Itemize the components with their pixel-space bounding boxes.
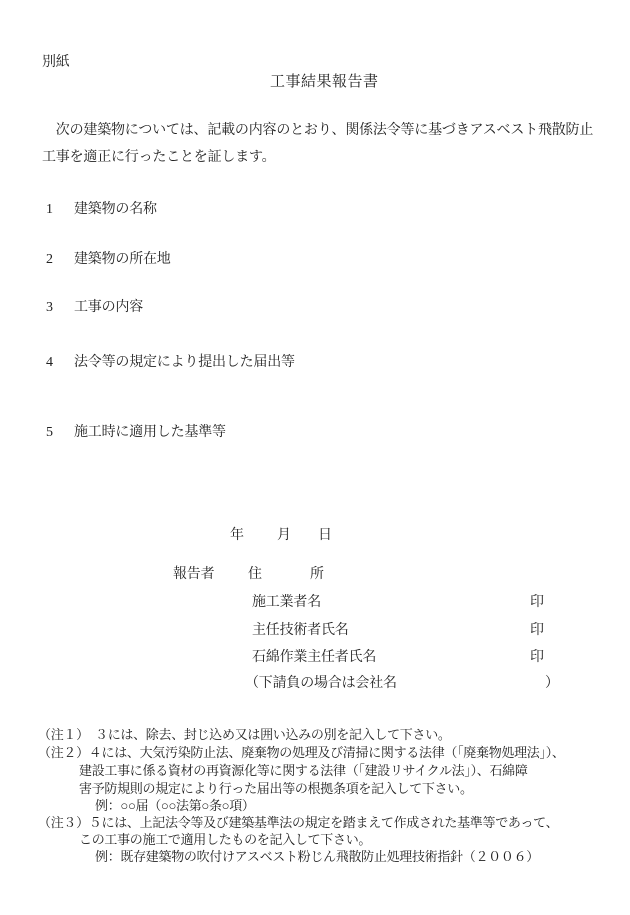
seal-mark: 印 [530,595,544,610]
item-number: 5 [46,425,74,440]
seal-mark: 印 [530,650,544,665]
reporter-label: 報告者 [173,567,214,582]
address-label-sho: 所 [310,567,324,582]
subcontract-note-close: ） [545,676,559,691]
note-2-continuation: 建設工事に係る資材の再資源化等に関する法律（「建設リサイクル法」）、石綿障 [79,763,528,778]
note-3-line: （注３）５には、上記法令等及び建築基準法の規定を踏まえて作成された基準等であって… [38,815,558,830]
address-label-ju: 住 [248,567,262,582]
list-item-notifications: 4法令等の規定により提出した届出等 [46,355,295,370]
item-label: 工事の内容 [74,300,143,315]
item-number: 2 [46,252,74,267]
item-number: 3 [46,300,74,315]
date-month-label: 月 [277,528,291,543]
note-1-line: （注１） ３には、除去、封じ込め又は囲い込みの別を記入して下さい。 [38,727,451,742]
intro-paragraph-line2: 工事を適正に行ったことを証します。 [42,150,275,165]
intro-paragraph-line1: 次の建築物については、記載の内容のとおり、関係法令等に基づきアスベスト飛散防止 [42,123,593,138]
date-year-label: 年 [230,528,244,543]
item-label: 施工時に適用した基準等 [74,425,226,440]
list-item-building-location: 2建築物の所在地 [46,252,171,267]
item-label: 建築物の所在地 [74,252,171,267]
list-item-work-content: 3工事の内容 [46,300,143,315]
note-3-continuation: この工事の施工で適用したものを記入して下さい。 [79,832,371,847]
note-3-example: 例：既存建築物の吹付けアスベスト粉じん飛散防止処理技術指針（２００６） [95,849,539,864]
list-item-building-name: 1建築物の名称 [46,202,157,217]
item-label: 建築物の名称 [74,202,157,217]
note-2-example: 例：○○届（○○法第○条○項） [95,798,255,813]
seal-mark: 印 [530,623,544,638]
signer-label-asbestos-chief: 石綿作業主任者氏名 [252,650,376,665]
subcontract-note-open: （下請負の場合は会社名 [245,676,397,691]
item-label: 法令等の規定により提出した届出等 [74,355,295,370]
note-2-line: （注２）４には、大気汚染防止法、廃棄物の処理及び清掃に関する法律（「廃棄物処理法… [38,745,565,760]
list-item-applied-standards: 5施工時に適用した基準等 [46,425,226,440]
construction-report-document: 別紙 工事結果報告書 次の建築物については、記載の内容のとおり、関係法令等に基づ… [0,0,630,915]
page-title: 工事結果報告書 [270,75,379,90]
date-day-label: 日 [318,528,332,543]
note-2-continuation: 害予防規則の規定により行った届出等の根拠条項を記入して下さい。 [79,781,473,796]
attachment-label: 別紙 [42,55,70,70]
signer-label-contractor: 施工業者名 [252,595,321,610]
item-number: 1 [46,202,74,217]
signer-label-chief-engineer: 主任技術者氏名 [252,623,349,638]
item-number: 4 [46,355,74,370]
